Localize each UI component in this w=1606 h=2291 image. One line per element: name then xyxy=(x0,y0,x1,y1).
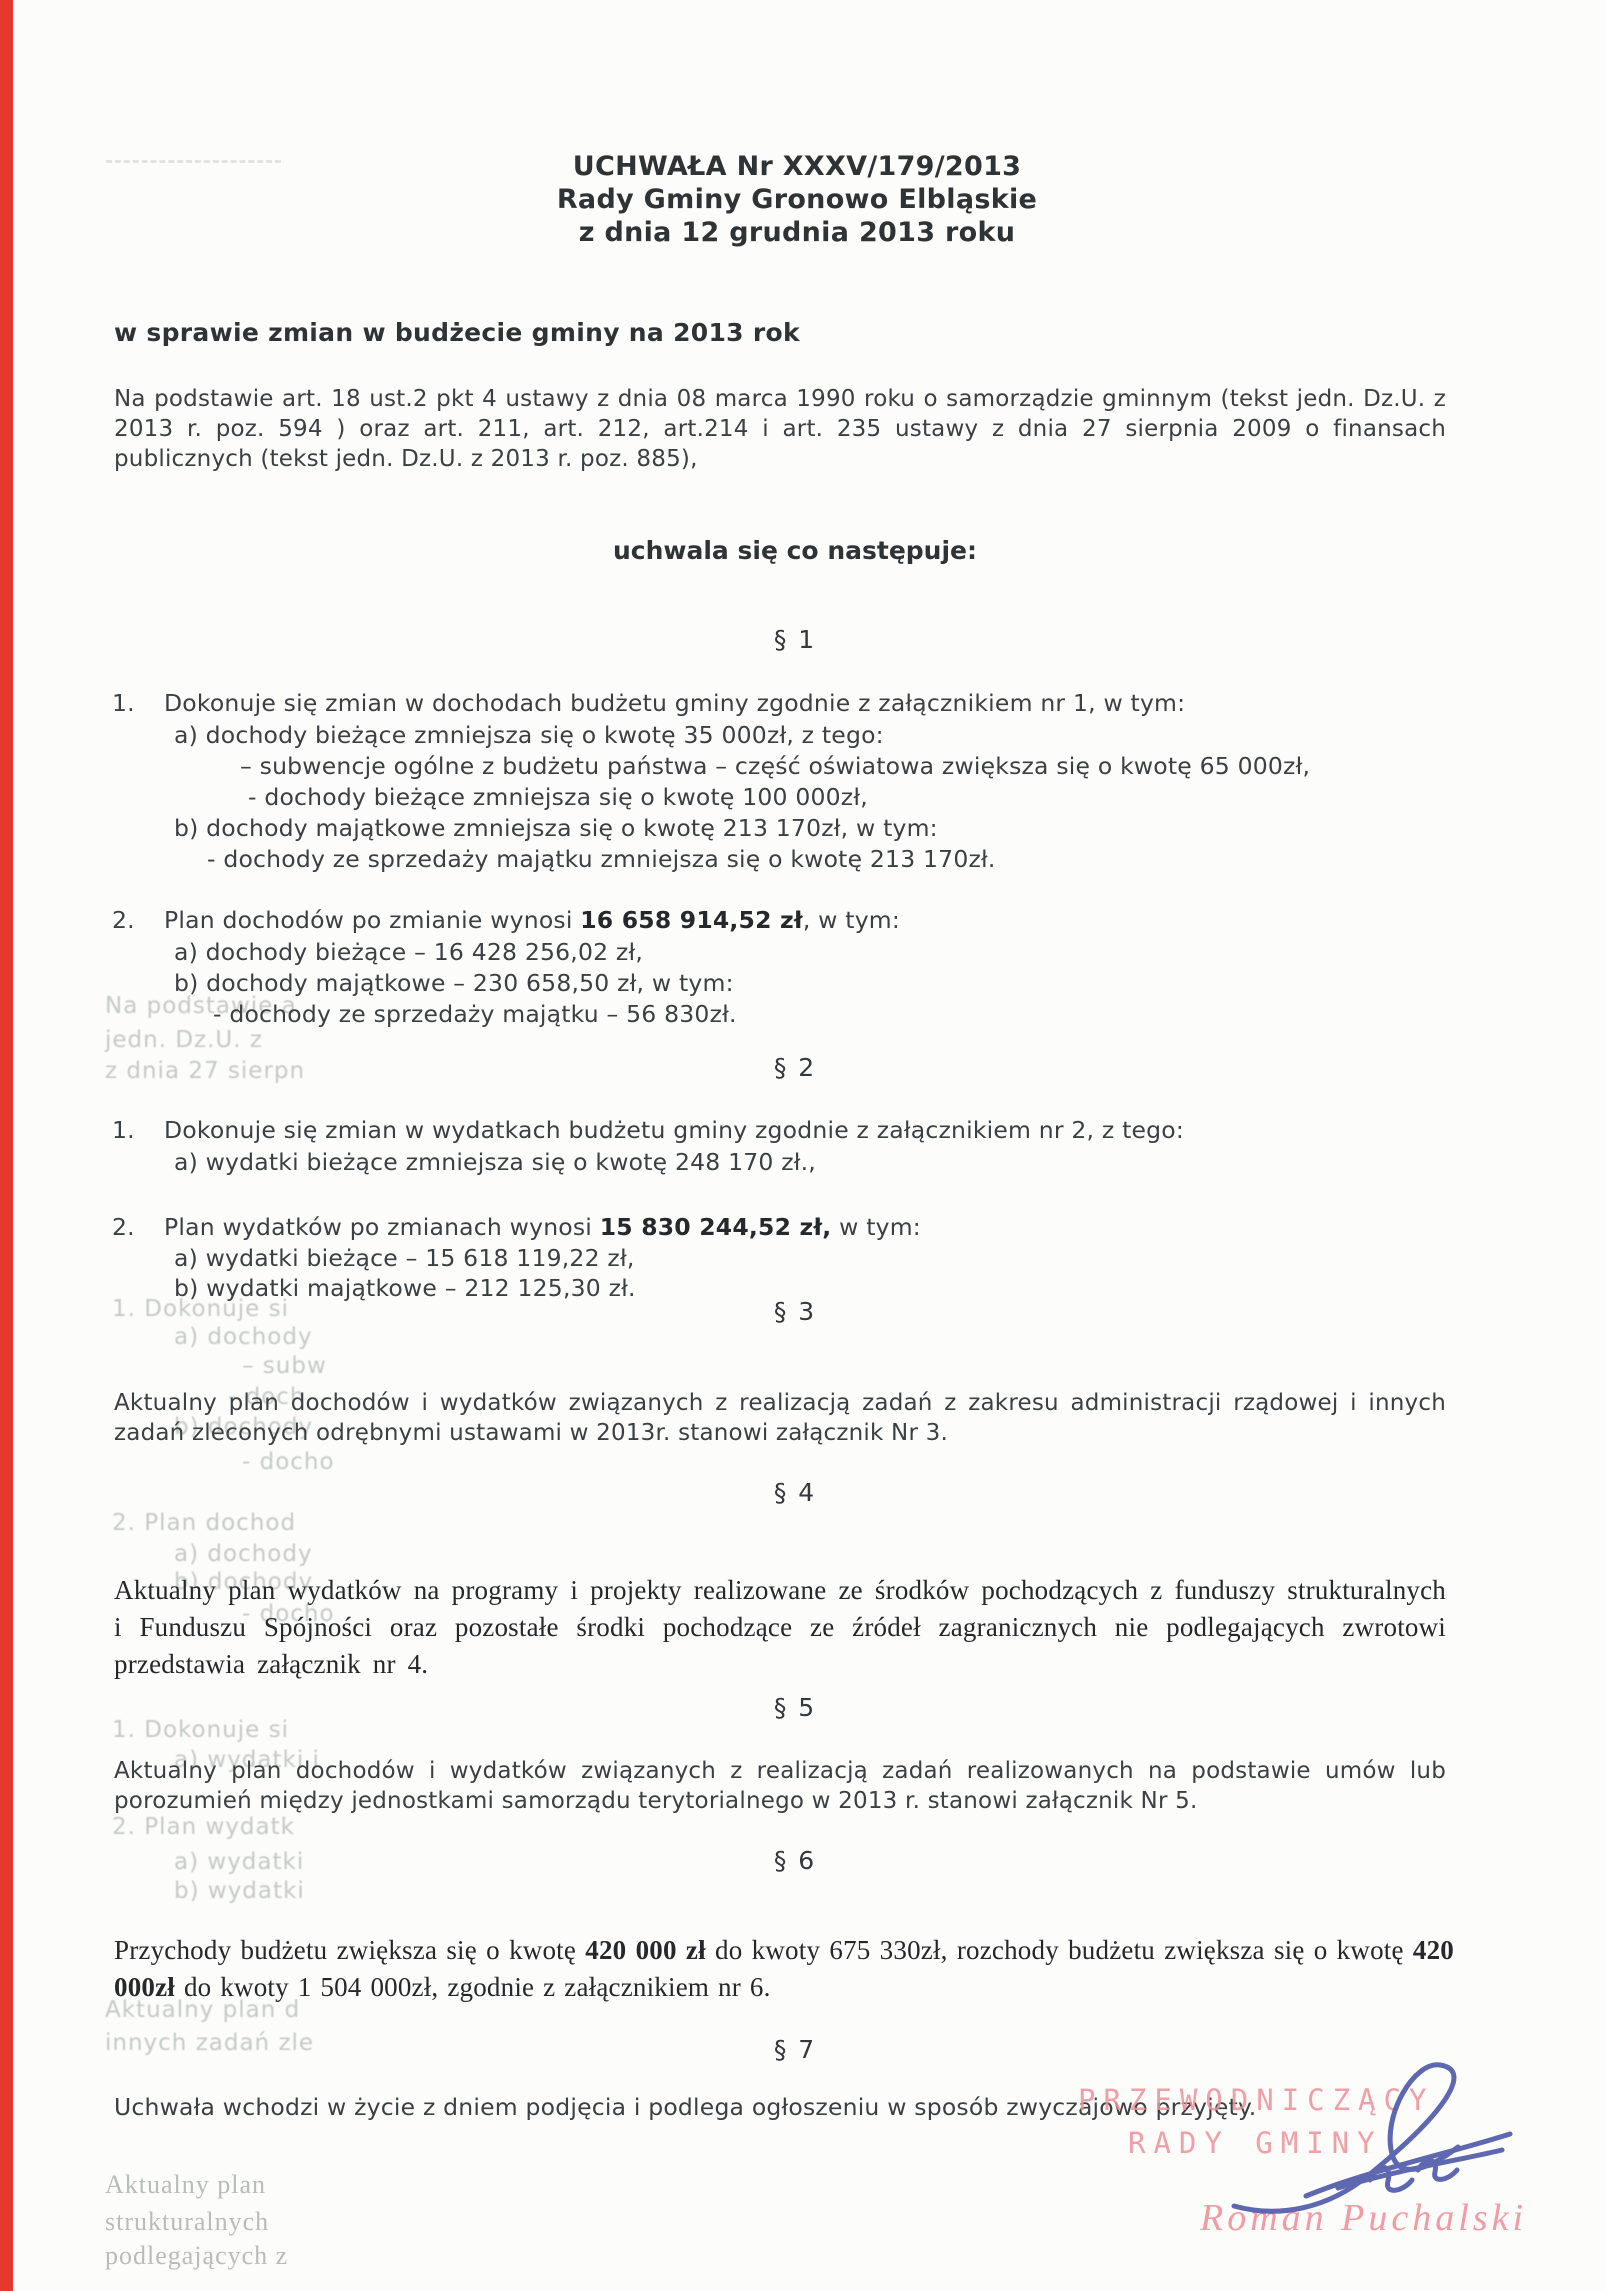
list-number: 2. xyxy=(112,1212,135,1243)
ghost-text: jedn. Dz.U. z xyxy=(105,1027,263,1053)
ghost-text: podlegających z xyxy=(105,2241,288,2271)
list-item: Plan dochodów po zmianie wynosi 16 658 9… xyxy=(164,905,900,936)
section-5-header: § 5 xyxy=(0,1693,1590,1722)
list-subitem: a) dochody bieżące – 16 428 256,02 zł, xyxy=(174,937,643,968)
section-6-header: § 6 xyxy=(0,1846,1590,1875)
ghost-text: 2. Plan dochod xyxy=(112,1510,296,1536)
section-1-header: § 1 xyxy=(0,625,1590,654)
resolution-title-number: UCHWAŁA Nr XXXV/179/2013 xyxy=(0,150,1594,183)
przychody-pre: Przychody budżetu zwiększa się o kwotę xyxy=(114,1935,585,1965)
section-6-paragraph: Przychody budżetu zwiększa się o kwotę 4… xyxy=(114,1932,1454,2006)
plan-dochodow-pre: Plan dochodów po zmianie wynosi xyxy=(164,906,580,934)
scanned-resolution-document: Na podstawie a jedn. Dz.U. z z dnia 27 s… xyxy=(0,0,1606,2291)
list-subitem: b) dochody majątkowe zmniejsza się o kwo… xyxy=(174,813,938,844)
list-subitem: - dochody ze sprzedaży majątku zmniejsza… xyxy=(207,844,996,875)
ghost-text: - docho xyxy=(242,1449,335,1475)
ghost-text: a) dochody xyxy=(174,1541,313,1567)
list-subitem: – subwencje ogólne z budżetu państwa – c… xyxy=(240,751,1310,782)
ghost-text: 2. Plan wydatk xyxy=(112,1814,295,1840)
list-subitem: a) wydatki bieżące zmniejsza się o kwotę… xyxy=(174,1147,816,1178)
przychody-mid: do kwoty 675 330zł, rozchody budżetu zwi… xyxy=(706,1935,1413,1965)
plan-wydatkow-pre: Plan wydatków po zmianach wynosi xyxy=(164,1213,600,1241)
subject-line: w sprawie zmian w budżecie gminy na 2013… xyxy=(114,318,800,347)
legal-basis-paragraph: Na podstawie art. 18 ust.2 pkt 4 ustawy … xyxy=(114,384,1446,474)
ghost-text: b) wydatki xyxy=(174,1878,305,1904)
ghost-text: strukturalnych xyxy=(105,2207,269,2237)
list-item: Dokonuje się zmian w wydatkach budżetu g… xyxy=(164,1115,1184,1146)
list-subitem: a) dochody bieżące zmniejsza się o kwotę… xyxy=(174,720,884,751)
ghost-text: – subw xyxy=(242,1353,327,1379)
list-subitem: - dochody ze sprzedaży majątku – 56 830z… xyxy=(213,999,737,1030)
enacting-formula: uchwala się co następuje: xyxy=(0,536,1590,565)
list-subitem: a) wydatki bieżące – 15 618 119,22 zł, xyxy=(174,1243,635,1274)
plan-dochodow-amount: 16 658 914,52 zł xyxy=(580,906,803,934)
list-subitem: - dochody bieżące zmniejsza się o kwotę … xyxy=(248,782,868,813)
section-3-header: § 3 xyxy=(0,1297,1590,1326)
plan-wydatkow-post: w tym: xyxy=(831,1213,921,1241)
resolution-title-council: Rady Gminy Gronowo Elbląskie xyxy=(0,183,1594,216)
list-subitem: b) dochody majątkowe – 230 658,50 zł, w … xyxy=(174,968,734,999)
section-3-paragraph: Aktualny plan dochodów i wydatków związa… xyxy=(114,1388,1446,1448)
przychody-post: do kwoty 1 504 000zł, zgodnie z załączni… xyxy=(175,1972,771,2002)
section-4-header: § 4 xyxy=(0,1478,1590,1507)
section-5-paragraph: Aktualny plan dochodów i wydatków związa… xyxy=(114,1756,1446,1816)
list-item: Plan wydatków po zmianach wynosi 15 830 … xyxy=(164,1212,921,1243)
list-number: 2. xyxy=(112,905,135,936)
list-item: Dokonuje się zmian w dochodach budżetu g… xyxy=(164,688,1185,719)
section-2-header: § 2 xyxy=(0,1053,1590,1082)
handwritten-signature xyxy=(1222,2058,1522,2228)
list-number: 1. xyxy=(112,1115,135,1146)
plan-wydatkow-amount: 15 830 244,52 zł, xyxy=(600,1213,832,1241)
scan-edge-artifact xyxy=(0,0,13,2291)
przychody-amount: 420 000 zł xyxy=(585,1935,706,1965)
plan-dochodow-post: , w tym: xyxy=(803,906,900,934)
ghost-text: Aktualny plan xyxy=(105,2170,266,2200)
list-number: 1. xyxy=(112,688,135,719)
resolution-title-date: z dnia 12 grudnia 2013 roku xyxy=(0,216,1594,249)
ghost-text: a) dochody xyxy=(174,1324,313,1350)
section-4-paragraph: Aktualny plan wydatków na programy i pro… xyxy=(114,1572,1446,1683)
